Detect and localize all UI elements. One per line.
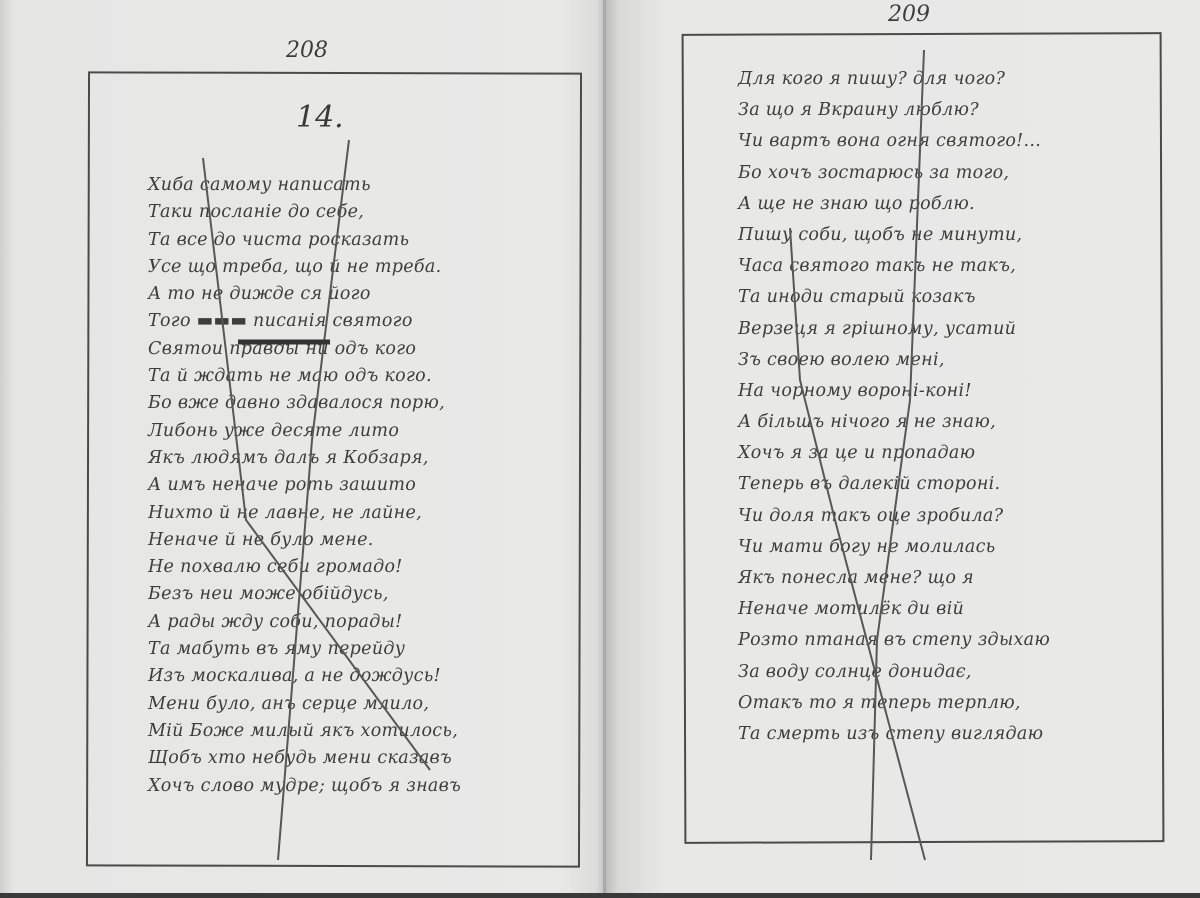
manuscript-line: А то не дижде ся його <box>148 281 578 308</box>
manuscript-line: За воду солнце донидає, <box>738 657 1168 688</box>
manuscript-line: Таки посланіе до себе, <box>148 199 578 226</box>
manuscript-line: Зъ своею волею мені, <box>738 345 1168 376</box>
left-page-number: 208 <box>286 38 328 63</box>
manuscript-line: Святои правды ни одъ кого <box>148 336 578 363</box>
manuscript-line: На чорному вороні-коні! <box>738 376 1168 407</box>
book-gutter <box>603 0 606 898</box>
manuscript-line: Изъ москалива, а не дождусь! <box>148 663 578 690</box>
manuscript-line: Теперь въ далекій стороні. <box>738 469 1168 500</box>
manuscript-line: Отакъ то я теперь терплю, <box>738 688 1168 719</box>
manuscript-line: Хиба самому написать <box>148 172 578 199</box>
manuscript-line: Чи доля такъ оце зробила? <box>738 501 1168 532</box>
manuscript-line: Та все до чиста росказать <box>148 227 578 254</box>
manuscript-line: Нихто й не лавне, не лайне, <box>148 500 578 527</box>
manuscript-line: Пишу соби, щобъ не минути, <box>738 220 1168 251</box>
manuscript-line: Бо хочъ зостарюсь за того, <box>738 158 1168 189</box>
manuscript-line: Того ▬▬▬ писанія святого <box>148 308 578 335</box>
manuscript-line: Мени було, анъ серце млило, <box>148 691 578 718</box>
manuscript-line: Мій Боже милый якъ хотилось, <box>148 718 578 745</box>
manuscript-line: Чи вартъ вона огня святого!... <box>738 126 1168 157</box>
manuscript-line: Та иноди старый козакъ <box>738 282 1168 313</box>
manuscript-line: Часа святого такъ не такъ, <box>738 251 1168 282</box>
manuscript-line: Та й ждать не маю одъ кого. <box>148 363 578 390</box>
manuscript-line: Бо вже давно здавалося порю, <box>148 390 578 417</box>
manuscript-line: А рады жду соби, порады! <box>148 609 578 636</box>
manuscript-line: Якъ людямъ далъ я Кобзаря, <box>148 445 578 472</box>
manuscript-line: Хочъ слово мудре; щобъ я знавъ <box>148 773 578 800</box>
manuscript-line: Та мабуть въ яму перейду <box>148 636 578 663</box>
manuscript-line: А більшъ нічого я не знаю, <box>738 407 1168 438</box>
manuscript-line: Розто птаная въ степу здыхаю <box>738 625 1168 656</box>
manuscript-line: Для кого я пишу? для чого? <box>738 64 1168 95</box>
manuscript-line: Либонь уже десяте лито <box>148 418 578 445</box>
manuscript-line: Та смерть изъ степу виглядаю <box>738 719 1168 750</box>
manuscript-line: А ще не знаю що роблю. <box>738 189 1168 220</box>
scan-bottom-edge <box>0 893 1200 898</box>
manuscript-line: Хочъ я за це и пропадаю <box>738 438 1168 469</box>
manuscript-line: Не похвалю себи громадо! <box>148 554 578 581</box>
manuscript-line: Чи мати богу не молилась <box>738 532 1168 563</box>
left-page-text: Хиба самому написать Таки посланіе до се… <box>148 172 578 800</box>
manuscript-line: Неначе мотилёк ди вій <box>738 594 1168 625</box>
manuscript-line: Верзеця я грішному, усатий <box>738 314 1168 345</box>
manuscript-line: Якъ понесла мене? що я <box>738 563 1168 594</box>
manuscript-line: За що я Вкраину люблю? <box>738 95 1168 126</box>
manuscript-line: Щобъ хто небудь мени сказавъ <box>148 745 578 772</box>
manuscript-line: А имъ неначе роть зашито <box>148 472 578 499</box>
manuscript-line: Безъ неи може обійдусь, <box>148 581 578 608</box>
right-page-text: Для кого я пишу? для чого? За що я Вкраи… <box>738 64 1168 750</box>
manuscript-line: Неначе й не було мене. <box>148 527 578 554</box>
poem-number: 14. <box>296 100 344 135</box>
right-page-number: 209 <box>888 2 930 27</box>
manuscript-line: Усе що треба, що й не треба. <box>148 254 578 281</box>
